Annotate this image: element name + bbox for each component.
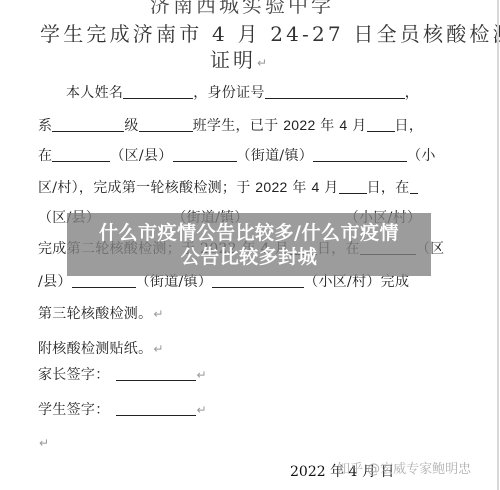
line-name-id: 本人姓名，身份证号， (66, 84, 419, 102)
line-first-test: 区/村），完成第一轮核酸检测；于 2022 年 4 月日，在 (38, 178, 418, 197)
street-blank-1[interactable] (173, 147, 237, 162)
return-mark-icon: ↵ (153, 342, 163, 356)
document-subtitle: 证明↵ (210, 44, 270, 73)
grade-blank[interactable] (139, 117, 193, 132)
parent-signature-blank[interactable] (116, 366, 196, 381)
school-header: 济南西城实验中学 (150, 0, 334, 18)
line-student-signature: 学生签字：↵ (38, 401, 207, 419)
day-blank-2[interactable] (339, 179, 367, 194)
overlay-line-2: 公告比较多封城 (181, 245, 318, 269)
overlay-line-1: 什么市疫情公告比较多/什么市疫情 (99, 221, 399, 245)
document-title: 学生完成济南市 4 月 24-27 日全员核酸检测 (40, 18, 500, 47)
return-mark-icon: ↵ (257, 56, 270, 70)
line-class: 系级班学生，已于 2022 年 4 月日， (38, 116, 423, 135)
day-blank-1[interactable] (367, 117, 395, 132)
line-location-1: 在（区/县）（街道/镇）（小 (38, 147, 436, 165)
district-blank-1[interactable] (52, 147, 110, 162)
department-blank[interactable] (52, 117, 124, 132)
name-blank[interactable] (123, 84, 193, 99)
community-blank-1[interactable] (313, 147, 407, 162)
return-mark-icon: ↵ (153, 307, 163, 321)
id-number-blank[interactable] (265, 84, 405, 99)
line-empty: ↵ (38, 434, 49, 452)
line-parent-signature: 家长签字：↵ (38, 366, 207, 384)
location-blank-2[interactable] (410, 179, 418, 194)
page-edge-divider (497, 0, 499, 490)
line-third-test: 第三轮核酸检测。↵ (38, 305, 164, 323)
return-mark-icon: ↵ (39, 436, 49, 450)
return-mark-icon: ↵ (197, 403, 207, 417)
student-signature-blank[interactable] (116, 401, 196, 416)
line-attach-sticker: 附核酸检测贴纸。↵ (38, 340, 164, 358)
headline-overlay: 什么市疫情公告比较多/什么市疫情 公告比较多封城 (67, 213, 431, 276)
watermark: 知乎 @宏威专家鲍明忠 (337, 458, 471, 477)
return-mark-icon: ↵ (197, 368, 207, 382)
